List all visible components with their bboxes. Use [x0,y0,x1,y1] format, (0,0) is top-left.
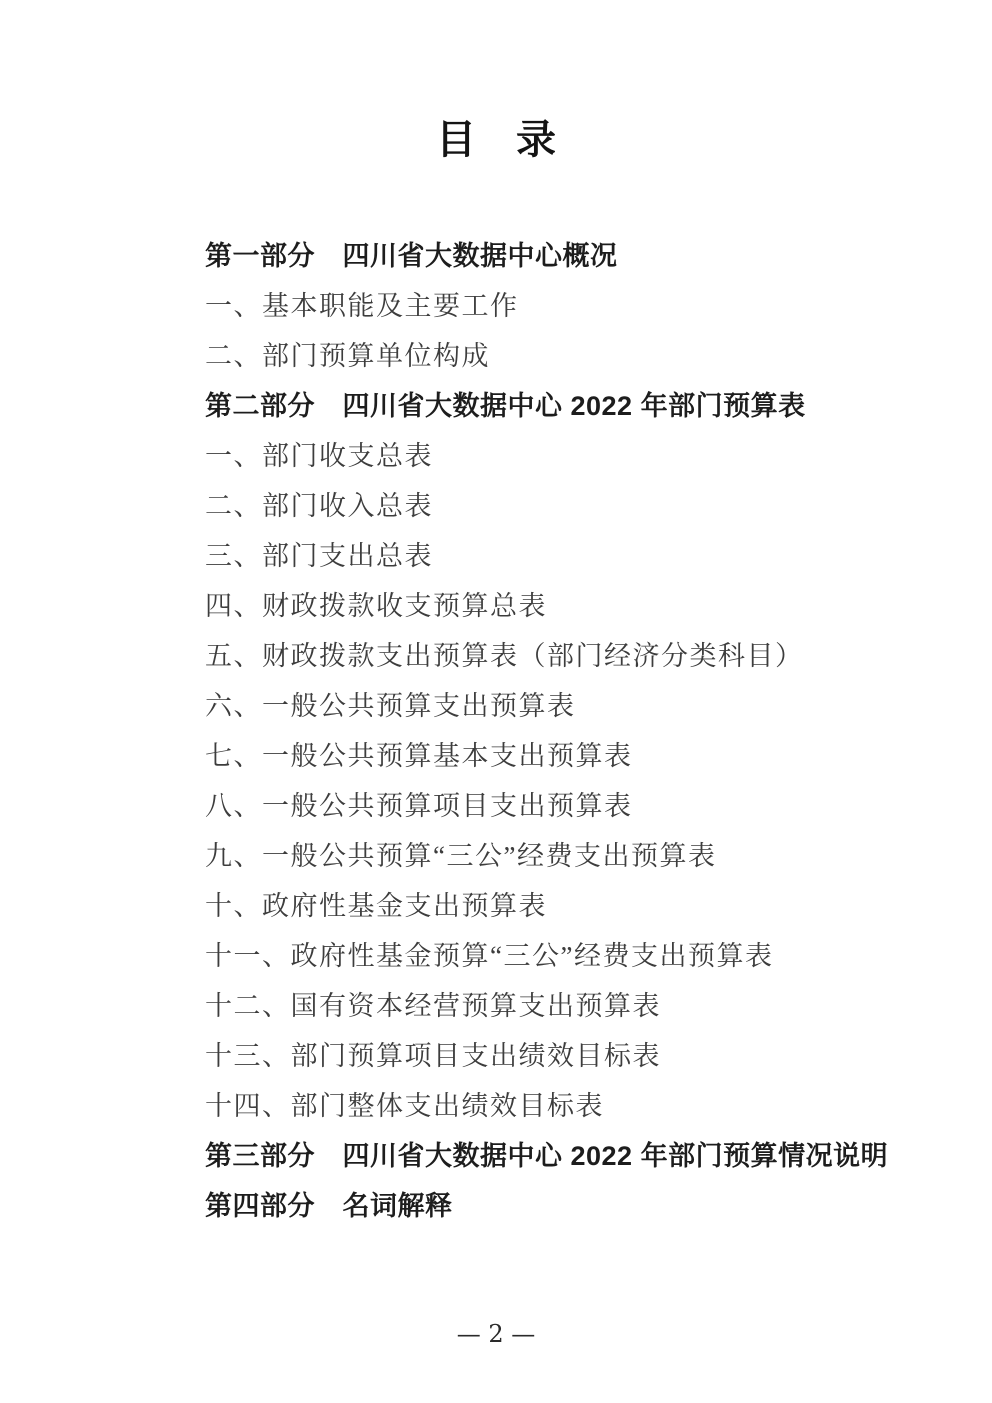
toc-section-heading-part2: 第二部分 四川省大数据中心 2022 年部门预算表 [205,378,932,428]
toc-item: 十二、国有资本经营预算支出预算表 [205,978,932,1028]
toc-item: 十三、部门预算项目支出绩效目标表 [205,1028,932,1078]
toc-item: 二、部门预算单位构成 [205,328,932,378]
toc-item: 十一、政府性基金预算“三公”经费支出预算表 [205,928,932,978]
toc-item: 八、一般公共预算项目支出预算表 [205,778,932,828]
toc-item: 六、一般公共预算支出预算表 [205,678,932,728]
page-title: 目 录 [0,116,992,164]
toc-item: 七、一般公共预算基本支出预算表 [205,728,932,778]
toc-item: 二、部门收入总表 [205,478,932,528]
toc-item: 三、部门支出总表 [205,528,932,578]
toc-item: 四、财政拨款收支预算总表 [205,578,932,628]
document-page: 目 录 第一部分 四川省大数据中心概况 一、基本职能及主要工作 二、部门预算单位… [0,0,992,1403]
toc-item: 一、部门收支总表 [205,428,932,478]
toc-section-heading-part3: 第三部分 四川省大数据中心 2022 年部门预算情况说明 [205,1128,932,1178]
table-of-contents: 第一部分 四川省大数据中心概况 一、基本职能及主要工作 二、部门预算单位构成 第… [205,228,932,1228]
toc-section-heading-part4: 第四部分 名词解释 [205,1178,932,1228]
toc-item: 九、一般公共预算“三公”经费支出预算表 [205,828,932,878]
toc-item: 十、政府性基金支出预算表 [205,878,932,928]
page-number: — 2 — [0,1320,992,1348]
toc-item: 五、财政拨款支出预算表（部门经济分类科目） [205,628,932,678]
toc-section-heading-part1: 第一部分 四川省大数据中心概况 [205,228,932,278]
toc-item: 一、基本职能及主要工作 [205,278,932,328]
toc-item: 十四、部门整体支出绩效目标表 [205,1078,932,1128]
